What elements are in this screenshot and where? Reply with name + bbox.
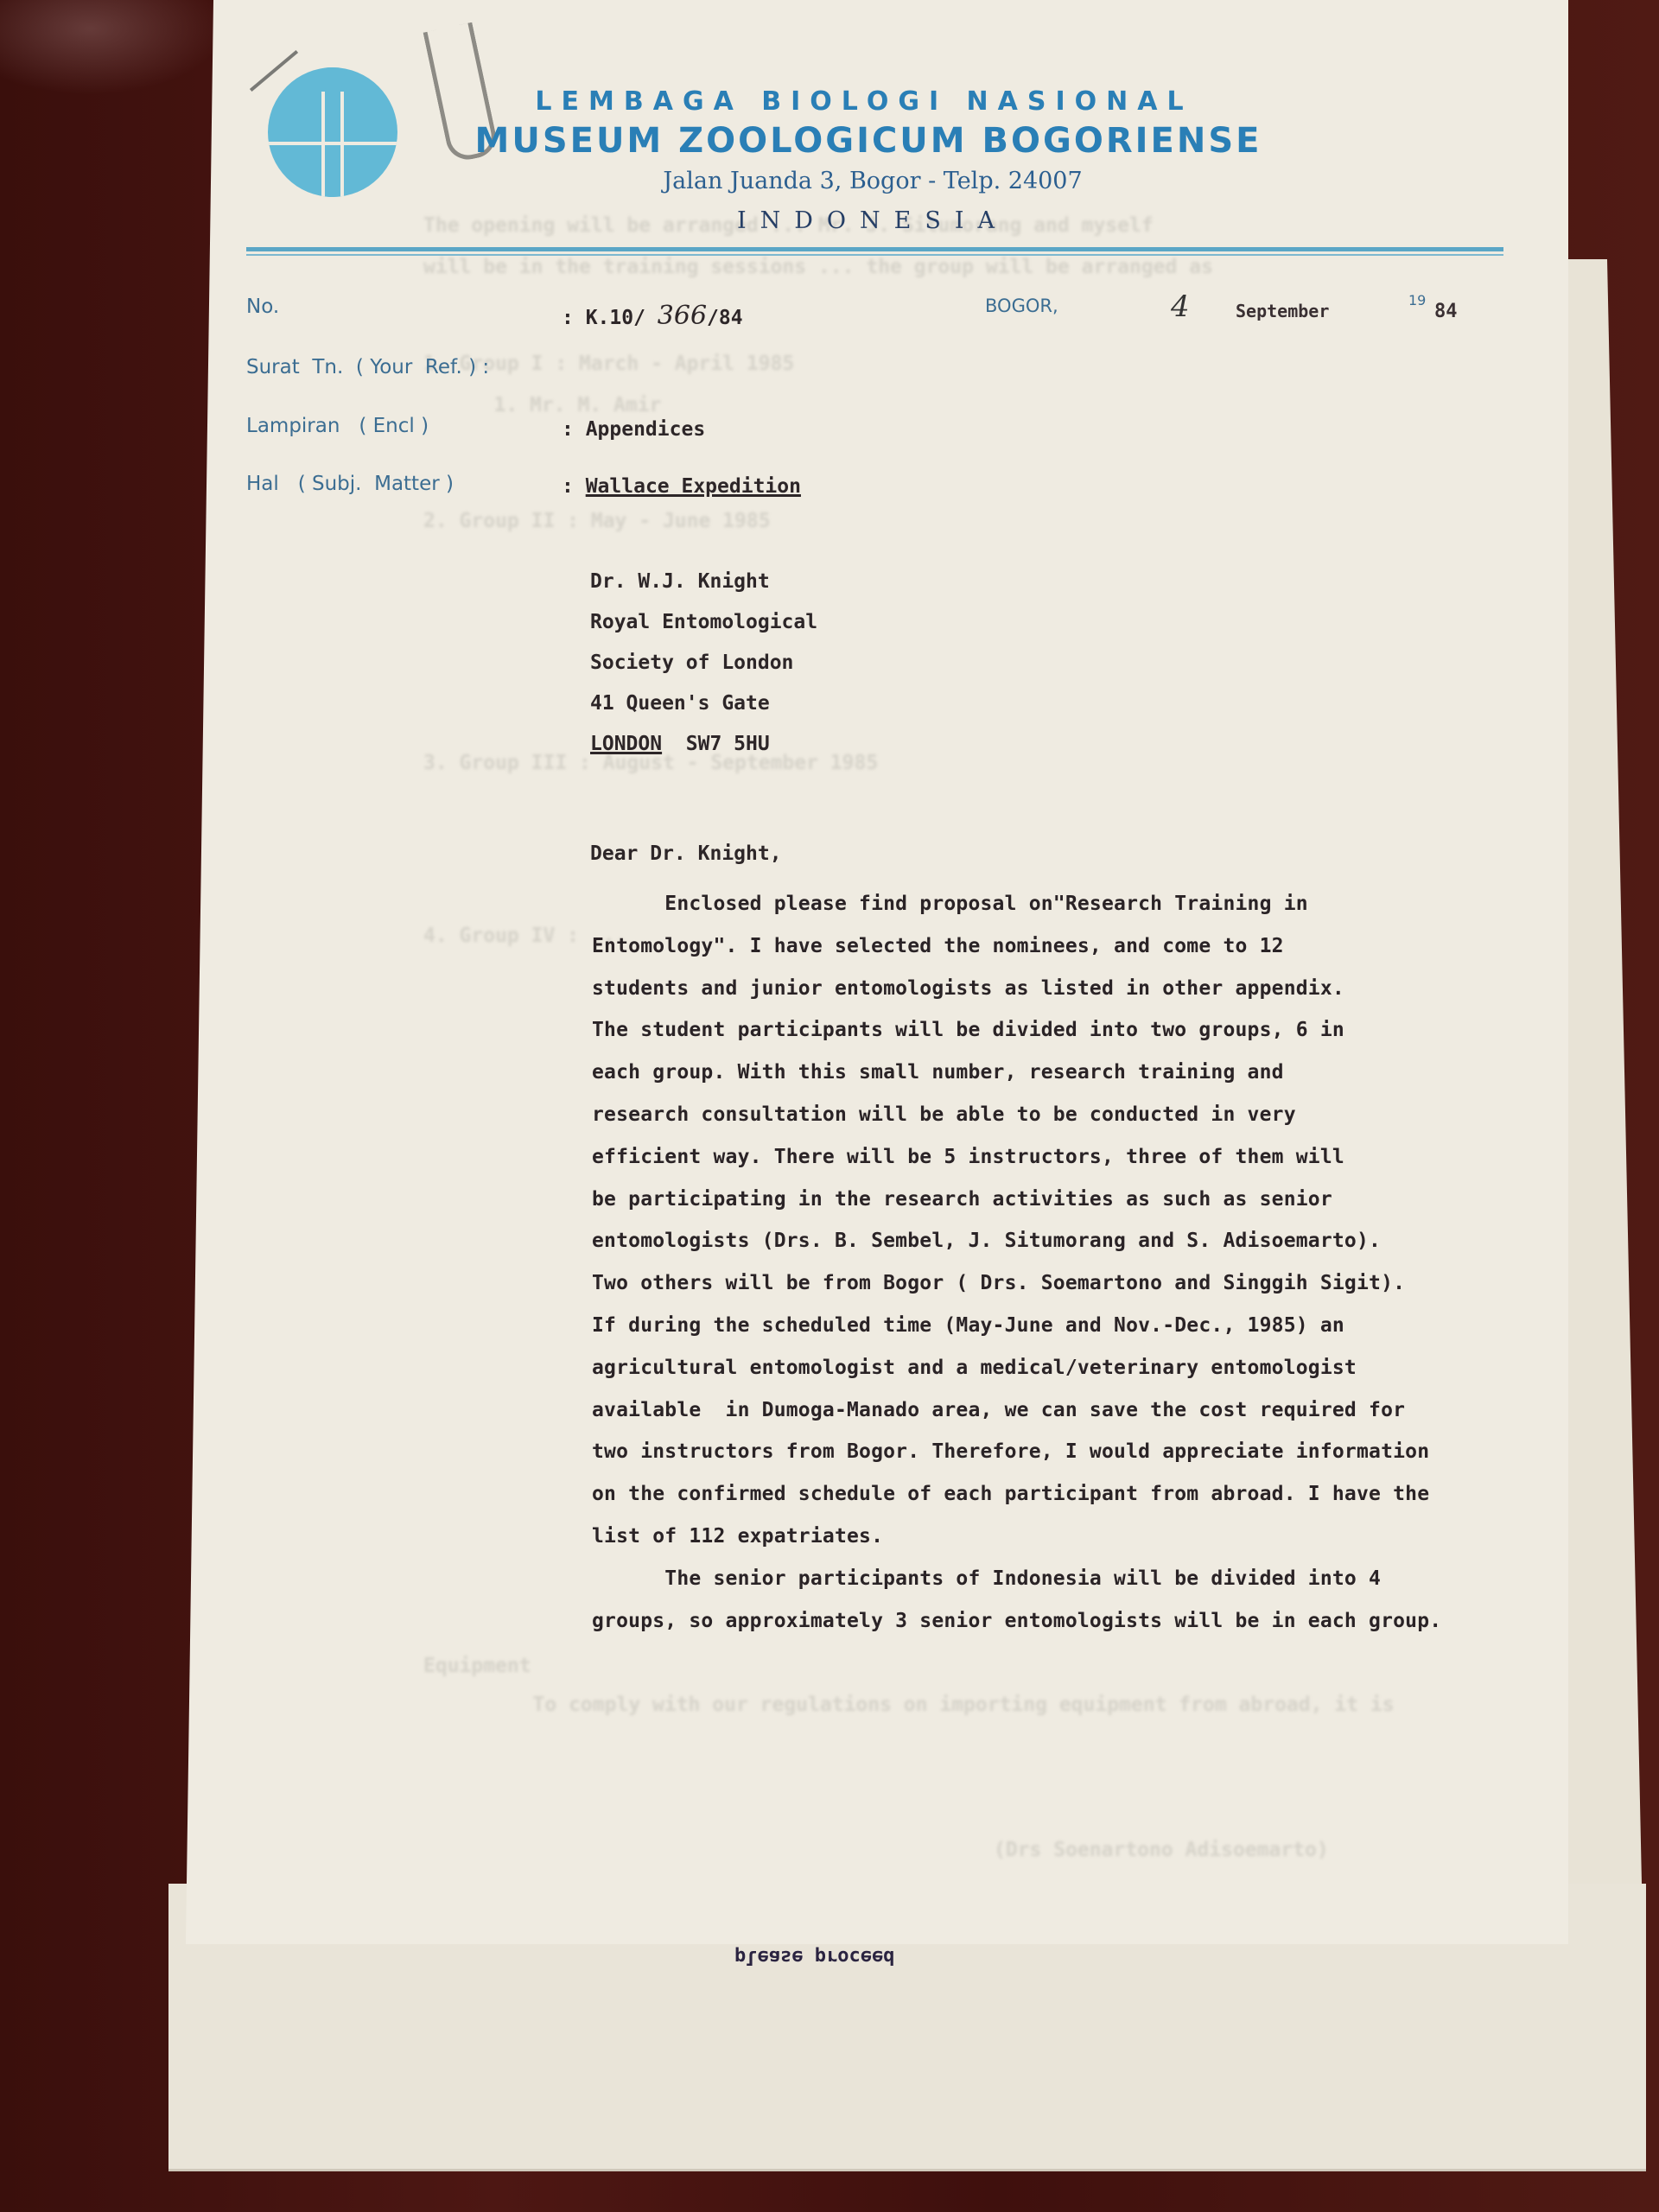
showthrough-line: (Drs Soenartono Adisoemarto) bbox=[994, 1839, 1329, 1861]
recipient-city-line: LONDON SW7 5HU bbox=[590, 733, 770, 755]
city-label: BOGOR, bbox=[985, 296, 1058, 316]
body-line: Enclosed please find proposal on"Researc… bbox=[592, 893, 1308, 915]
salutation: Dear Dr. Knight, bbox=[590, 842, 782, 865]
museum-name: MUSEUM ZOOLOGICUM BOGORIENSE bbox=[471, 121, 1266, 161]
body-line: research consultation will be able to be… bbox=[592, 1103, 1296, 1126]
letter-number: : K.10/ 366/84 bbox=[562, 301, 743, 331]
body-line: each group. With this small number, rese… bbox=[592, 1061, 1284, 1084]
showthrough-line: Equipment bbox=[423, 1655, 531, 1677]
body-line: list of 112 expatriates. bbox=[592, 1525, 883, 1548]
showthrough-line: To comply with our regulations on import… bbox=[497, 1694, 1395, 1716]
country: INDONESIA bbox=[518, 207, 1227, 234]
enclosure-value: : Appendices bbox=[562, 418, 705, 441]
underlying-sheet-edge bbox=[1555, 259, 1642, 1884]
showthrough-line: 1. Mr. M. Amir bbox=[458, 394, 661, 416]
number-label: No. bbox=[246, 296, 279, 318]
body-line: efficient way. There will be 5 instructo… bbox=[592, 1146, 1344, 1168]
body-line: available in Dumoga-Manado area, we can … bbox=[592, 1399, 1405, 1421]
date-day: 4 bbox=[1171, 289, 1190, 324]
body-line: Entomology". I have selected the nominee… bbox=[592, 935, 1284, 957]
date-year-prefix: 19 bbox=[1408, 292, 1426, 308]
showthrough-line: will be in the training sessions ... the… bbox=[423, 256, 1213, 278]
body-line: be participating in the research activit… bbox=[592, 1188, 1332, 1211]
institution-name: LEMBAGA BIOLOGI NASIONAL bbox=[484, 86, 1244, 117]
recipient-line: Dr. W.J. Knight bbox=[590, 570, 770, 593]
body-line: students and junior entomologists as lis… bbox=[592, 977, 1344, 1000]
body-line: agricultural entomologist and a medical/… bbox=[592, 1357, 1357, 1379]
body-line: two instructors from Bogor. Therefore, I… bbox=[592, 1440, 1429, 1463]
letterhead-divider bbox=[246, 247, 1503, 251]
body-line: Two others will be from Bogor ( Drs. Soe… bbox=[592, 1272, 1405, 1294]
letterhead-divider-thin bbox=[246, 254, 1503, 256]
showthrough-line: 2. Group II : May - June 1985 bbox=[423, 510, 771, 532]
subject-label: Hal ( Subj. Matter ) bbox=[246, 473, 454, 495]
subject-value: : Wallace Expedition bbox=[562, 475, 801, 498]
enclosure-label: Lampiran ( Encl ) bbox=[246, 415, 429, 437]
recipient-line: Society of London bbox=[590, 652, 793, 674]
desk-surface bbox=[0, 0, 225, 95]
recipient-line: 41 Queen's Gate bbox=[590, 692, 770, 715]
body-line: entomologists (Drs. B. Sembel, J. Situmo… bbox=[592, 1230, 1381, 1252]
recipient-line: Royal Entomological bbox=[590, 611, 817, 633]
body-line: groups, so approximately 3 senior entomo… bbox=[592, 1610, 1441, 1632]
handwritten-number: 366 bbox=[658, 301, 707, 331]
date-month: September bbox=[1236, 301, 1329, 321]
mirrored-typed-text: please proceed bbox=[734, 1946, 894, 1967]
your-ref-label: Surat Tn. ( Your Ref. ) : bbox=[246, 356, 489, 378]
letter-page bbox=[186, 0, 1568, 1944]
body-line: If during the scheduled time (May-June a… bbox=[592, 1314, 1344, 1337]
museum-address: Jalan Juanda 3, Bogor - Telp. 24007 bbox=[518, 168, 1227, 194]
body-line: The student participants will be divided… bbox=[592, 1019, 1344, 1041]
body-line: on the confirmed schedule of each partic… bbox=[592, 1483, 1429, 1505]
body-line: The senior participants of Indonesia wil… bbox=[592, 1567, 1381, 1590]
museum-emblem-icon bbox=[268, 67, 397, 197]
date-year: 84 bbox=[1434, 301, 1458, 322]
